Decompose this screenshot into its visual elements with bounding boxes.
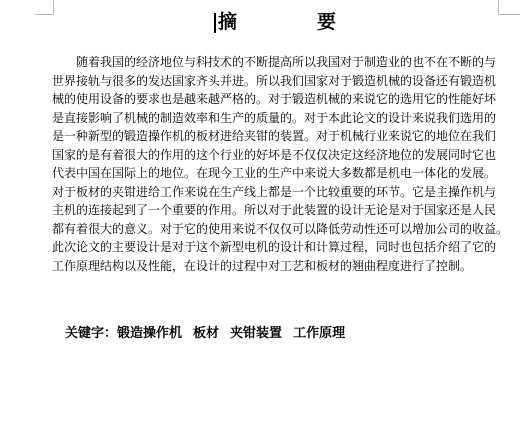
abstract-line: 是一种新型的锻造操作机的板材进给夹钳的装置。对于机械行业来说它的地位在我们	[52, 127, 499, 146]
keyword-item: 板材	[193, 325, 219, 340]
margin-crop-mark-right	[498, 0, 520, 15]
keyword-item: 夹钳装置	[230, 325, 282, 340]
keyword-item: 工作原理	[293, 325, 345, 340]
document-page[interactable]: 摘 要 随着我国的经济地位与科技术的不断提高所以我国对于制造业的也不在不断的与世…	[0, 0, 531, 429]
text-cursor	[214, 13, 216, 33]
page-title: 摘 要	[52, 11, 498, 35]
abstract-line: 世界接轨与很多的发达国家齐头并进。所以我们国家对于锻造机械的设备还有锻造机	[52, 72, 499, 91]
abstract-line: 对于板材的夹钳进给工作来说在生产线上都是一个比较重要的环节。它是主操作机与	[52, 183, 499, 202]
keywords-line: 关键字：锻造操作机板材夹钳装置工作原理	[52, 304, 499, 361]
abstract-line: 国家的是有着很大的作用的这个行业的好坏是不仅仅决定这经济地位的发展同时它也	[52, 146, 499, 165]
abstract-line: 主机的连接起到了一个重要的作用。所以对于此装置的设计无论是对于国家还是人民	[52, 201, 499, 220]
abstract-line: 械的使用设备的要求也是越来越严格的。对于锻造机械的来说它的选用它的性能好坏	[52, 90, 499, 109]
abstract-line: 都有着很大的意义。对于它的使用来说不仅仅可以降低劳动性还可以增加公司的收益。	[52, 220, 499, 239]
abstract-line: 代表中国在国际上的地位。在现今工业的生产中来说大多数都是机电一体化的发展。	[52, 164, 499, 183]
abstract-line: 此次论文的主要设计是对于这个新型电机的设计和计算过程，同时也包括介绍了它的	[52, 238, 499, 257]
keywords-label: 关键字：	[65, 325, 117, 340]
abstract-line: 随着我国的经济地位与科技术的不断提高所以我国对于制造业的也不在不断的与	[52, 53, 499, 72]
abstract-paragraph: 随着我国的经济地位与科技术的不断提高所以我国对于制造业的也不在不断的与世界接轨与…	[52, 53, 499, 275]
title-char-left: 摘	[218, 11, 237, 35]
title-left-group: 摘	[214, 11, 237, 35]
abstract-line: 工作原理结构以及性能，在设计的过程中对工艺和板材的翘曲程度进行了控制。	[52, 257, 499, 276]
abstract-line: 是直接影响了机械的制造效率和生产的质量的。对于本此论文的设计来说我们选用的	[52, 109, 499, 128]
title-char-right: 要	[317, 11, 336, 35]
keyword-item: 锻造操作机	[117, 325, 182, 340]
